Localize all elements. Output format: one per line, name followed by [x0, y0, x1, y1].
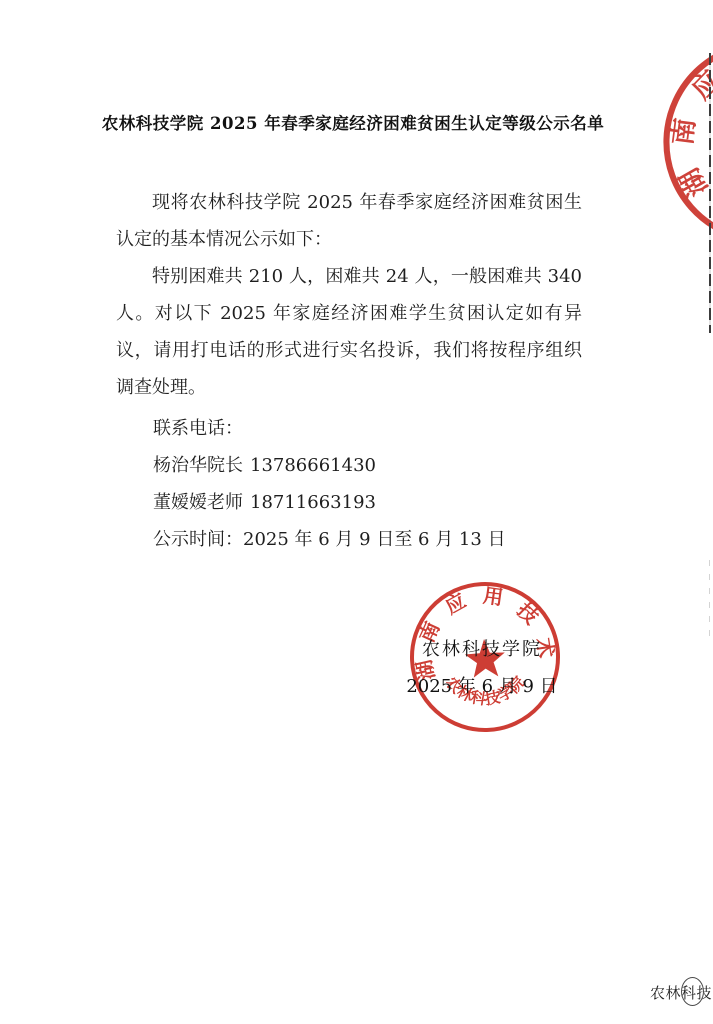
paragraph-counts: 特别困难共 210 人，困难共 24 人，一般困难共 340 人。对以下 202… [116, 258, 582, 406]
paragraph-intro: 现将农林科技学院 2025 年春季家庭经济困难贫困生认定的基本情况公示如下： [116, 184, 582, 258]
scan-edge-line [709, 53, 711, 333]
scanned-document-page: 湖南应用技术学院 农林科技学院 农林科技学院 2025 年春季家庭经济困难贫困生… [0, 0, 713, 1024]
contact-label: 联系电话： [153, 410, 506, 447]
signature-date: 2025 年 6 月 9 日 [370, 668, 594, 705]
paragraph-intro-text: 现将农林科技学院 2025 年春季家庭经济困难贫困生认定的基本情况公示如下： [116, 184, 582, 258]
contact-2-phone: 18711663193 [250, 492, 376, 513]
footer-watermark: 农林科技 [650, 982, 712, 1003]
paragraph-counts-text: 特别困难共 210 人，困难共 24 人，一般困难共 340 人。对以下 202… [116, 258, 582, 406]
signature-block: 农林科技学院 2025 年 6 月 9 日 [370, 631, 594, 705]
contact-block: 联系电话： 杨治华院长13786661430 董嫒嫒老师18711663193 … [153, 410, 506, 558]
contact-1-phone: 13786661430 [250, 455, 376, 476]
page-title: 农林科技学院 2025 年春季家庭经济困难贫困生认定等级公示名单 [40, 110, 666, 134]
corner-seal-graphic: 湖南应用技术学院 农林科技学院 [573, 0, 713, 334]
contact-line-1: 杨治华院长13786661430 [153, 447, 506, 484]
scan-edge-line-faint [709, 560, 711, 640]
contact-line-2: 董嫒嫒老师18711663193 [153, 484, 506, 521]
contact-2-name: 董嫒嫒老师 [153, 492, 243, 513]
corner-partial-seal: 湖南应用技术学院 农林科技学院 [573, 0, 713, 334]
watermark-oval-icon [681, 977, 704, 1006]
signature-org: 农林科技学院 [370, 631, 594, 668]
contact-1-name: 杨治华院长 [153, 455, 243, 476]
